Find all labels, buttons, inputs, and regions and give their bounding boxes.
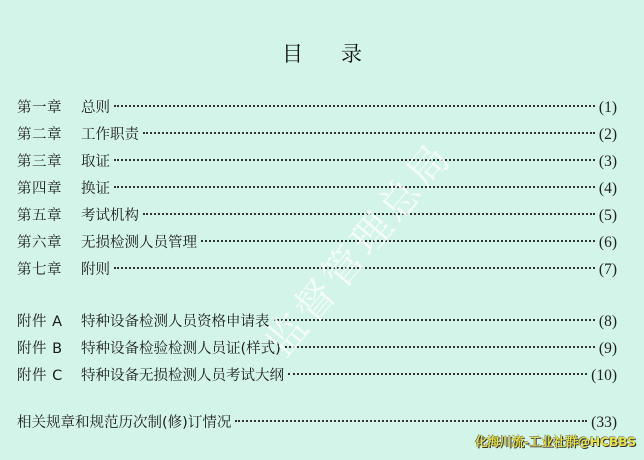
dot-leader — [114, 186, 595, 188]
page-number: (9) — [599, 335, 617, 362]
toc-entry-chapter-5[interactable]: 第五章 考试机构 (5) — [17, 202, 617, 229]
page-number: (4) — [599, 175, 617, 202]
appendix-number: 附件 A — [17, 309, 81, 336]
page-number: (5) — [599, 202, 617, 229]
page-number: (10) — [591, 362, 617, 389]
dot-leader — [114, 159, 595, 161]
page-number: (1) — [599, 94, 617, 121]
appendix-number: 附件 B — [17, 336, 81, 363]
appendix-title: 特种设备无损检测人员考试大纲 — [81, 363, 284, 390]
chapter-title: 取证 — [81, 149, 110, 176]
dot-leader — [143, 132, 595, 134]
appendix-title: 特种设备检测人员资格申请表 — [81, 309, 270, 336]
appendix-number: 附件 C — [17, 363, 81, 390]
chapter-number: 第五章 — [17, 203, 81, 230]
toc-entry-appendix-c[interactable]: 附件 C 特种设备无损检测人员考试大纲 (10) — [17, 362, 617, 389]
dot-leader — [114, 105, 595, 107]
chapter-number: 第七章 — [17, 257, 81, 284]
toc-entry-chapter-3[interactable]: 第三章 取证 (3) — [17, 148, 617, 175]
appendix-title: 特种设备检验检测人员证(样式) — [81, 336, 281, 363]
chapter-title: 考试机构 — [81, 203, 139, 230]
chapter-title: 无损检测人员管理 — [81, 230, 197, 257]
toc-entry-chapter-2[interactable]: 第二章 工作职责 (2) — [17, 121, 617, 148]
dot-leader — [274, 319, 595, 321]
toc-entry-appendix-b[interactable]: 附件 B 特种设备检验检测人员证(样式) (9) — [17, 335, 617, 362]
toc-entry-chapter-1[interactable]: 第一章 总则 (1) — [17, 94, 617, 121]
dot-leader — [285, 346, 595, 348]
page-number: (3) — [599, 148, 617, 175]
page-number: (8) — [599, 308, 617, 335]
page-number: (7) — [599, 256, 617, 283]
page-number: (2) — [599, 121, 617, 148]
corner-watermark: 化海川流-工业社群@HCBBS — [475, 432, 636, 450]
dot-leader — [288, 373, 587, 375]
history-title: 相关规章和规范历次制(修)订情况 — [17, 410, 231, 437]
toc-entry-chapter-6[interactable]: 第六章 无损检测人员管理 (6) — [17, 229, 617, 256]
title-char-2: 录 — [341, 42, 362, 66]
chapter-title: 工作职责 — [81, 122, 139, 149]
title-char-1: 目 — [282, 42, 303, 66]
chapter-number: 第三章 — [17, 149, 81, 176]
page-title: 目录 — [0, 38, 644, 68]
toc-entry-chapter-7[interactable]: 第七章 附则 (7) — [17, 256, 617, 283]
chapter-number: 第六章 — [17, 230, 81, 257]
chapter-title: 附则 — [81, 257, 110, 284]
chapter-number: 第二章 — [17, 122, 81, 149]
chapter-title: 换证 — [81, 176, 110, 203]
table-of-contents: 第一章 总则 (1) 第二章 工作职责 (2) 第三章 取证 (3) 第四章 换… — [17, 94, 617, 436]
chapter-title: 总则 — [81, 95, 110, 122]
chapter-number: 第四章 — [17, 176, 81, 203]
dot-leader — [235, 420, 587, 422]
dot-leader — [143, 213, 595, 215]
page-number: (6) — [599, 229, 617, 256]
toc-entry-appendix-a[interactable]: 附件 A 特种设备检测人员资格申请表 (8) — [17, 308, 617, 335]
dot-leader — [114, 267, 595, 269]
dot-leader — [201, 240, 595, 242]
chapter-number: 第一章 — [17, 95, 81, 122]
toc-entry-chapter-4[interactable]: 第四章 换证 (4) — [17, 175, 617, 202]
